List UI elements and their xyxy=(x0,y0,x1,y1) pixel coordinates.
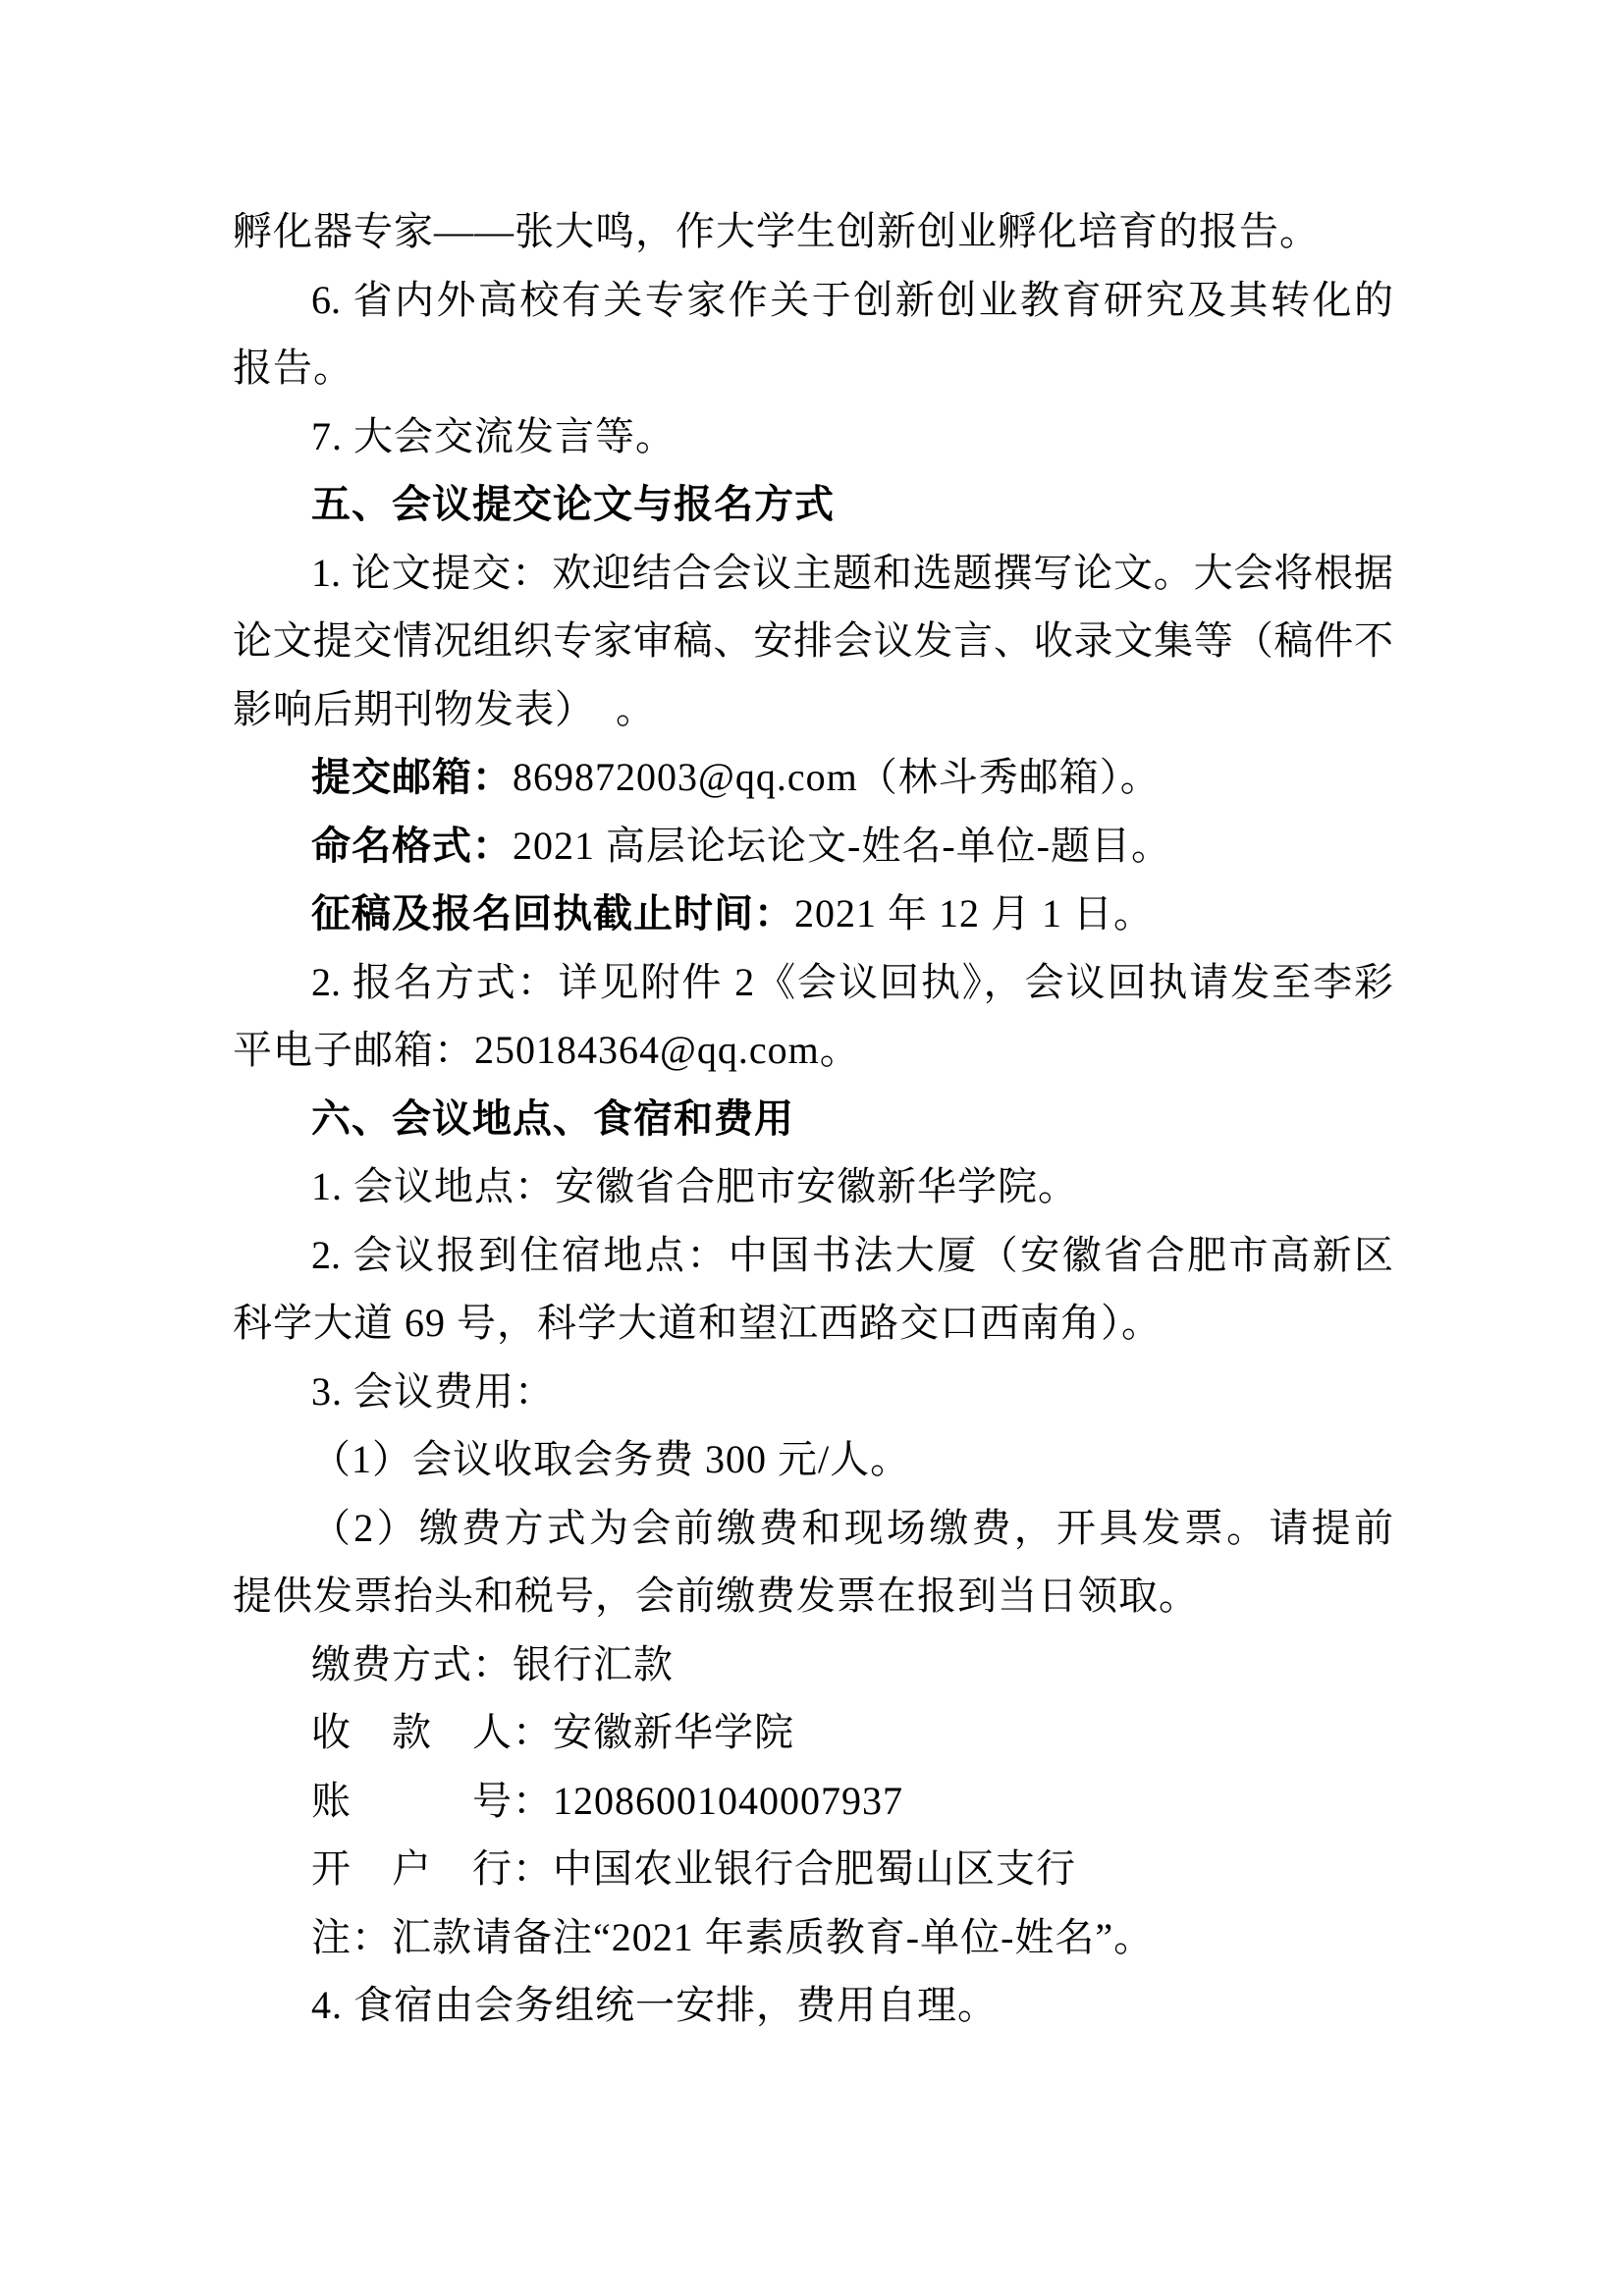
text-segment: 影响后期刊物发表） 。 xyxy=(233,687,656,731)
text-line: 论文提交情况组织专家审稿、安排会议发言、收录文集等（稿件不 xyxy=(233,607,1393,675)
document-page: 孵化器专家——张大鸣，作大学生创新创业孵化培育的报告。6. 省内外高校有关专家作… xyxy=(233,197,1393,2040)
text-segment: 2. 报名方式：详见附件 2《会议回执》，会议回执请发至李彩 xyxy=(311,960,1393,1004)
text-segment: 1. 会议地点：安徽省合肥市安徽新华学院。 xyxy=(311,1164,1078,1208)
text-line: 提供发票抬头和税号，会前缴费发票在报到当日领取。 xyxy=(233,1562,1393,1630)
text-segment: 2021 年 12 月 1 日。 xyxy=(794,891,1154,935)
text-line: 4. 食宿由会务组统一安排，费用自理。 xyxy=(233,1971,1393,2040)
text-segment: 收 款 人：安徽新华学院 xyxy=(311,1710,794,1754)
text-segment: 报告。 xyxy=(233,346,353,390)
text-line: 六、会议地点、食宿和费用 xyxy=(233,1085,1393,1153)
text-segment: 论文提交情况组织专家审稿、安排会议发言、收录文集等（稿件不 xyxy=(233,618,1393,663)
text-line: 科学大道 69 号，科学大道和望江西路交口西南角）。 xyxy=(233,1289,1393,1358)
bold-label: 征稿及报名回执截止时间： xyxy=(311,891,794,935)
text-segment: 2021 高层论坛论文-姓名-单位-题目。 xyxy=(513,824,1171,868)
text-line: 2. 会议报到住宿地点：中国书法大厦（安徽省合肥市高新区 xyxy=(233,1221,1393,1290)
text-segment: 3. 会议费用： xyxy=(311,1369,555,1414)
text-line: 命名格式：2021 高层论坛论文-姓名-单位-题目。 xyxy=(233,812,1393,881)
text-segment: （2）缴费方式为会前缴费和现场缴费，开具发票。请提前 xyxy=(311,1506,1393,1550)
text-line: 开 户 行：中国农业银行合肥蜀山区支行 xyxy=(233,1835,1393,1903)
text-segment: 平电子邮箱：250184364@qq.com。 xyxy=(233,1028,860,1072)
text-line: 2. 报名方式：详见附件 2《会议回执》，会议回执请发至李彩 xyxy=(233,948,1393,1017)
text-segment: 869872003@qq.com（林斗秀邮箱）。 xyxy=(513,755,1161,799)
text-line: 报告。 xyxy=(233,334,1393,402)
text-line: 1. 论文提交：欢迎结合会议主题和选题撰写论文。大会将根据 xyxy=(233,539,1393,608)
bold-label: 五、会议提交论文与报名方式 xyxy=(311,482,835,526)
text-segment: 6. 省内外高校有关专家作关于创新创业教育研究及其转化的 xyxy=(311,278,1393,322)
text-line: 平电子邮箱：250184364@qq.com。 xyxy=(233,1016,1393,1085)
text-segment: 4. 食宿由会务组统一安排，费用自理。 xyxy=(311,1983,998,2027)
text-line: 注：汇款请备注“2021 年素质教育-单位-姓名”。 xyxy=(233,1903,1393,1972)
text-line: 孵化器专家——张大鸣，作大学生创新创业孵化培育的报告。 xyxy=(233,197,1393,266)
text-line: 账 号：12086001040007937 xyxy=(233,1767,1393,1836)
bold-label: 六、会议地点、食宿和费用 xyxy=(311,1096,794,1141)
text-segment: 7. 大会交流发言等。 xyxy=(311,414,676,458)
text-line: 缴费方式：银行汇款 xyxy=(233,1630,1393,1699)
text-segment: 孵化器专家——张大鸣，作大学生创新创业孵化培育的报告。 xyxy=(233,209,1320,253)
text-line: 7. 大会交流发言等。 xyxy=(233,402,1393,471)
text-line: 收 款 人：安徽新华学院 xyxy=(233,1698,1393,1767)
text-segment: 注：汇款请备注“2021 年素质教育-单位-姓名”。 xyxy=(311,1915,1154,1959)
text-segment: 提供发票抬头和税号，会前缴费发票在报到当日领取。 xyxy=(233,1574,1199,1618)
text-segment: 1. 论文提交：欢迎结合会议主题和选题撰写论文。大会将根据 xyxy=(311,551,1393,595)
bold-label: 命名格式： xyxy=(311,824,513,868)
text-segment: （1）会议收取会务费 300 元/人。 xyxy=(311,1437,910,1481)
text-line: 提交邮箱：869872003@qq.com（林斗秀邮箱）。 xyxy=(233,743,1393,812)
text-line: 6. 省内外高校有关专家作关于创新创业教育研究及其转化的 xyxy=(233,266,1393,335)
text-line: 五、会议提交论文与报名方式 xyxy=(233,470,1393,539)
text-line: （2）缴费方式为会前缴费和现场缴费，开具发票。请提前 xyxy=(233,1494,1393,1563)
bold-label: 提交邮箱： xyxy=(311,755,513,799)
text-segment: 开 户 行：中国农业银行合肥蜀山区支行 xyxy=(311,1846,1076,1891)
text-line: 3. 会议费用： xyxy=(233,1358,1393,1426)
text-line: 影响后期刊物发表） 。 xyxy=(233,675,1393,744)
text-segment: 缴费方式：银行汇款 xyxy=(311,1642,674,1686)
text-segment: 科学大道 69 号，科学大道和望江西路交口西南角）。 xyxy=(233,1301,1162,1345)
text-segment: 2. 会议报到住宿地点：中国书法大厦（安徽省合肥市高新区 xyxy=(311,1233,1393,1277)
text-segment: 账 号：12086001040007937 xyxy=(311,1779,903,1823)
text-line: （1）会议收取会务费 300 元/人。 xyxy=(233,1425,1393,1494)
text-line: 征稿及报名回执截止时间：2021 年 12 月 1 日。 xyxy=(233,880,1393,948)
text-line: 1. 会议地点：安徽省合肥市安徽新华学院。 xyxy=(233,1152,1393,1221)
